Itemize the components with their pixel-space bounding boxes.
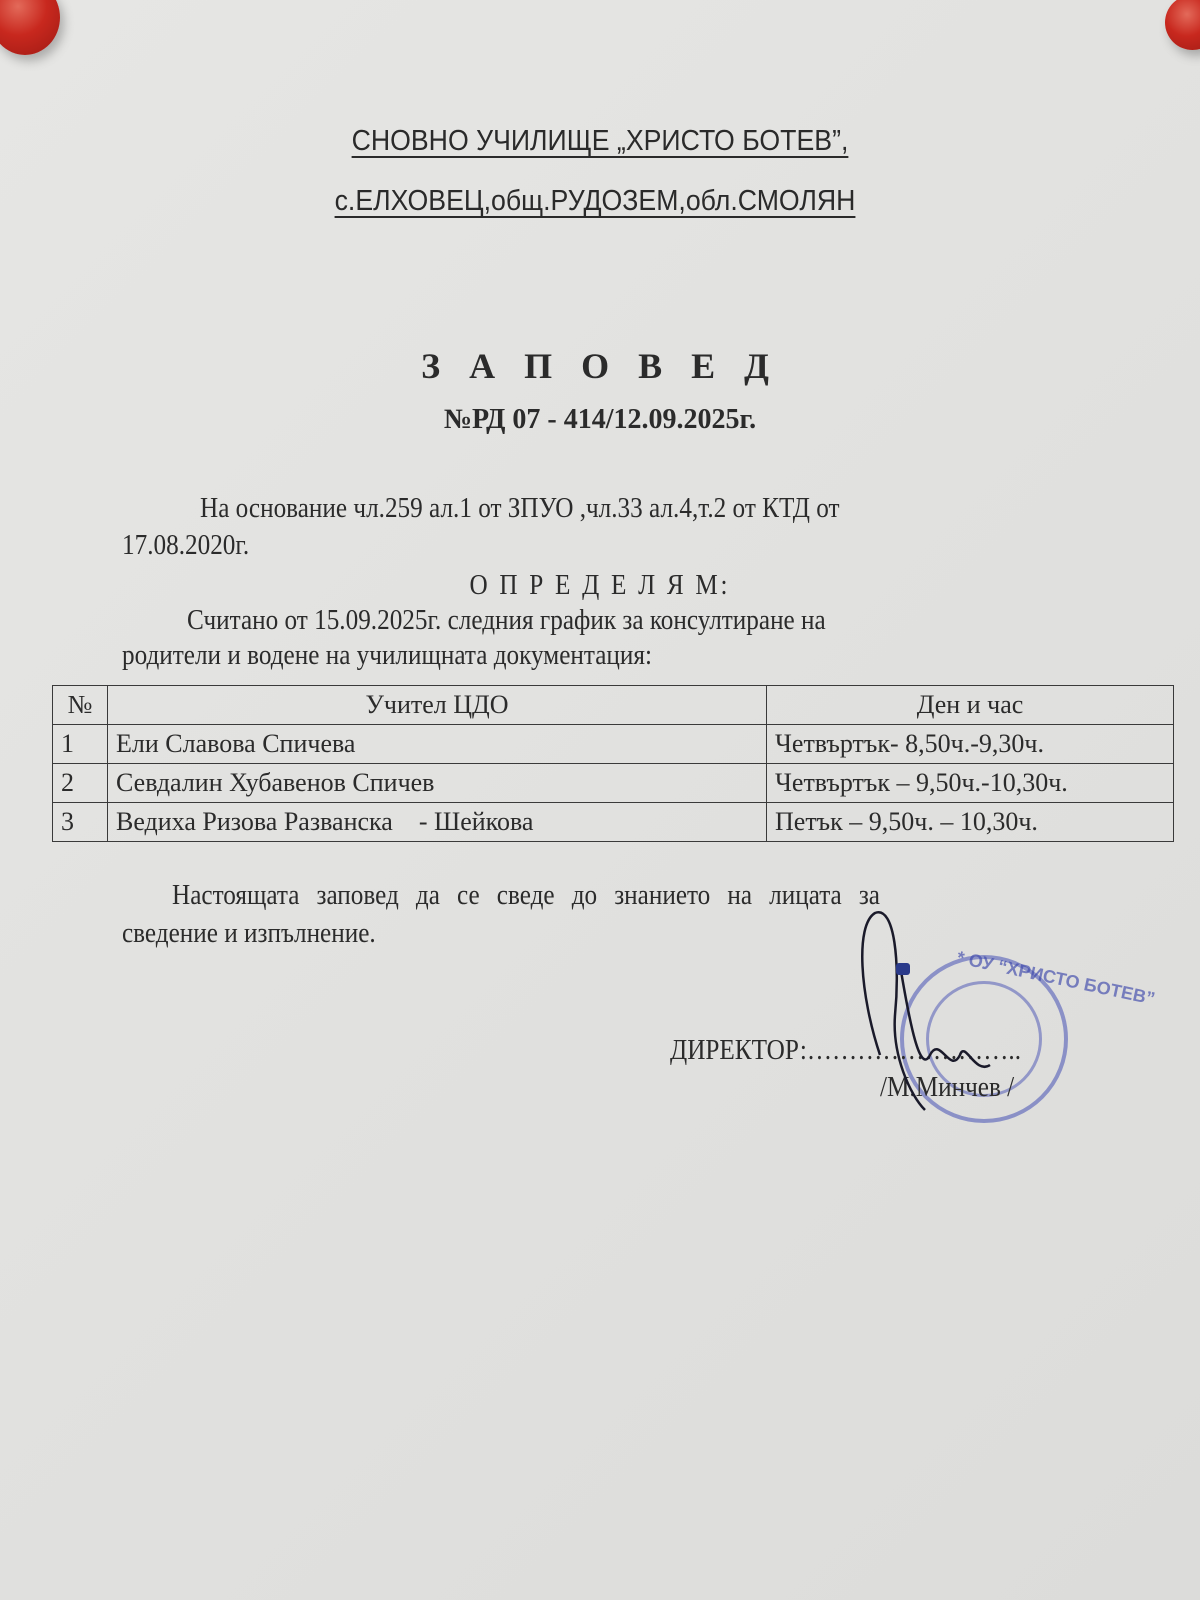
document-title: З А П О В Е Д — [0, 345, 1200, 387]
col-teacher-header: Учител ЦДО — [108, 686, 767, 725]
document-number: №РД 07 - 414/12.09.2025г. — [0, 404, 1200, 436]
row-teacher: Севдалин Хубавенов Спичев — [108, 764, 767, 803]
schedule-table: № Учител ЦДО Ден и час 1 Ели Славова Спи… — [52, 685, 1174, 842]
school-address-header: с.ЕЛХОВЕЦ,общ.РУДОЗЕМ,обл.СМОЛЯН — [43, 185, 1147, 218]
pushpin-left-icon — [0, 0, 60, 55]
school-name-text: СНОВНО УЧИЛИЩЕ „ХРИСТО БОТЕВ”, — [352, 125, 849, 157]
table-row: 1 Ели Славова Спичева Четвъртък- 8,50ч.-… — [53, 725, 1174, 764]
row-schedule: Четвъртък- 8,50ч.-9,30ч. — [767, 725, 1174, 764]
row-number: 1 — [53, 725, 108, 764]
table-row: 3 Ведиха Ризова Разванска - Шейкова Петъ… — [53, 803, 1174, 842]
col-number-header: № — [53, 686, 108, 725]
legal-basis-line1: На основание чл.259 ал.1 от ЗПУО ,чл.33 … — [200, 493, 840, 525]
closing-line2: сведение и изпълнение. — [122, 918, 376, 950]
row-teacher: Ведиха Ризова Разванска - Шейкова — [108, 803, 767, 842]
handwritten-signature-icon — [840, 905, 1070, 1125]
table-row: 2 Севдалин Хубавенов Спичев Четвъртък – … — [53, 764, 1174, 803]
row-schedule: Петък – 9,50ч. – 10,30ч. — [767, 803, 1174, 842]
schedule-intro-line2: родители и водене на училищната документ… — [122, 640, 652, 672]
schedule-intro-line1: Считано от 15.09.2025г. следния график з… — [187, 605, 826, 637]
legal-basis-line2: 17.08.2020г. — [122, 530, 249, 562]
pushpin-right-icon — [1165, 0, 1200, 50]
col-schedule-header: Ден и час — [767, 686, 1174, 725]
row-teacher: Ели Славова Спичева — [108, 725, 767, 764]
row-number: 2 — [53, 764, 108, 803]
school-name-header: СНОВНО УЧИЛИЩЕ „ХРИСТО БОТЕВ”, — [48, 125, 1152, 158]
school-address-text: с.ЕЛХОВЕЦ,общ.РУДОЗЕМ,обл.СМОЛЯН — [335, 185, 856, 217]
row-schedule: Четвъртък – 9,50ч.-10,30ч. — [767, 764, 1174, 803]
row-number: 3 — [53, 803, 108, 842]
determine-heading: О П Р Е Д Е Л Я М: — [0, 570, 1200, 602]
table-header-row: № Учител ЦДО Ден и час — [53, 686, 1174, 725]
